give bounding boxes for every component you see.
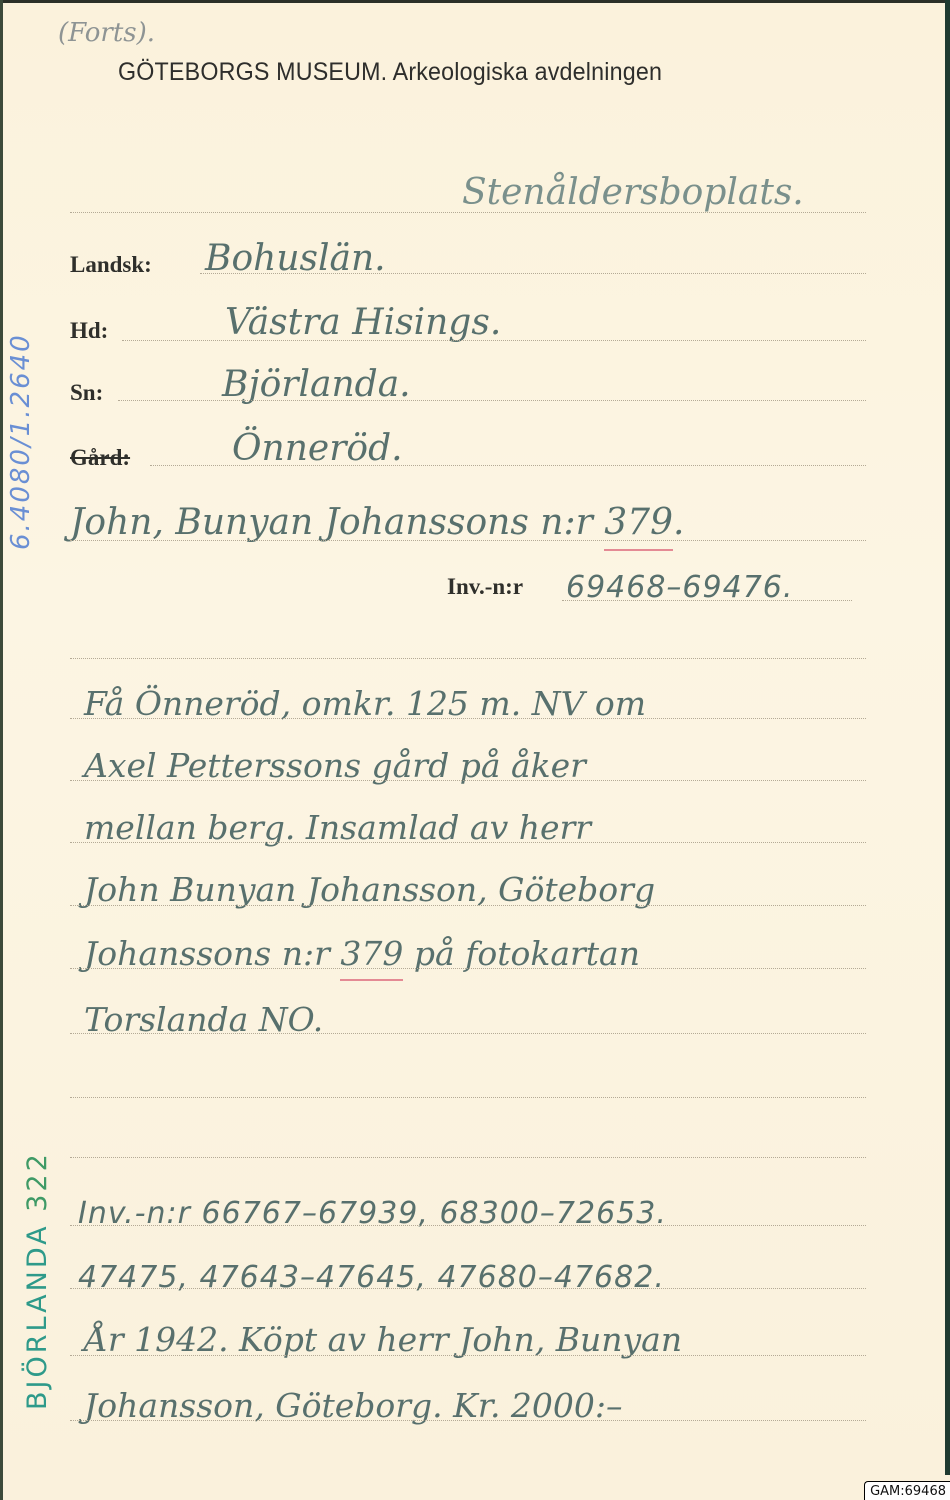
ruled-line xyxy=(70,718,866,719)
ruled-line xyxy=(70,780,866,781)
ruled-line-empty xyxy=(70,1097,866,1098)
ruled-line xyxy=(70,968,866,969)
collector-line: John, Bunyan Johanssons n:r 379. xyxy=(70,502,684,543)
field-value-socken: Björlanda. xyxy=(222,364,411,405)
field-label-socken: Sn: xyxy=(70,380,103,406)
ruled-line xyxy=(118,400,866,401)
museum-catalog-card: (Forts). GÖTEBORGS MUSEUM. Arkeologiska … xyxy=(0,0,950,1500)
acquisition-line-2: 47475, 47643–47645, 47680–47682. xyxy=(78,1260,665,1295)
inventory-label: Inv.-n:r xyxy=(447,574,523,600)
printed-header: GÖTEBORGS MUSEUM. Arkeologiska avdelning… xyxy=(118,58,662,87)
ruled-line xyxy=(70,905,866,906)
card-left-edge xyxy=(0,0,3,1500)
field-label-harad: Hd: xyxy=(70,318,108,344)
ruled-line xyxy=(122,340,866,341)
margin-stamp: BJÖRLANDA 322 xyxy=(22,1151,53,1410)
ruled-line xyxy=(562,600,852,601)
field-value-harad: Västra Hisings. xyxy=(225,302,501,343)
acquisition-line-3: År 1942. Köpt av herr John, Bunyan xyxy=(84,1320,682,1359)
ruled-line xyxy=(150,465,866,466)
ruled-line xyxy=(70,540,866,541)
margin-stamp-place: BJÖRLANDA xyxy=(22,1223,53,1410)
ruled-line-empty xyxy=(70,658,866,659)
field-label-gard: Gård: xyxy=(70,445,130,471)
ruled-line xyxy=(70,1355,866,1356)
ruled-line xyxy=(70,1288,866,1289)
archive-id-tag: GAM:69468 xyxy=(864,1481,950,1500)
category-handwritten: Stenåldersboplats. xyxy=(462,172,804,213)
ruled-line xyxy=(200,273,866,274)
ruled-line xyxy=(70,1225,866,1226)
ruled-line xyxy=(70,212,866,213)
field-label-landskap: Landsk: xyxy=(70,252,152,278)
pencil-continuation-note: (Forts). xyxy=(58,18,155,48)
collector-suffix: . xyxy=(673,502,684,543)
collector-text: John, Bunyan Johanssons n:r xyxy=(70,502,593,543)
card-top-edge xyxy=(0,0,950,3)
ruled-line xyxy=(70,1033,866,1034)
ruled-line xyxy=(70,1420,866,1421)
margin-blue-pencil-note: 6.4080/1.2640 xyxy=(6,333,36,550)
description-line-4: John Bunyan Johansson, Göteborg xyxy=(84,870,655,909)
ruled-line-empty xyxy=(70,1157,866,1158)
ruled-line xyxy=(70,842,866,843)
collector-number: 379 xyxy=(604,502,673,543)
field-value-gard: Önneröd. xyxy=(232,428,403,469)
margin-stamp-number: 322 xyxy=(22,1151,53,1212)
card-right-border xyxy=(945,0,950,1475)
